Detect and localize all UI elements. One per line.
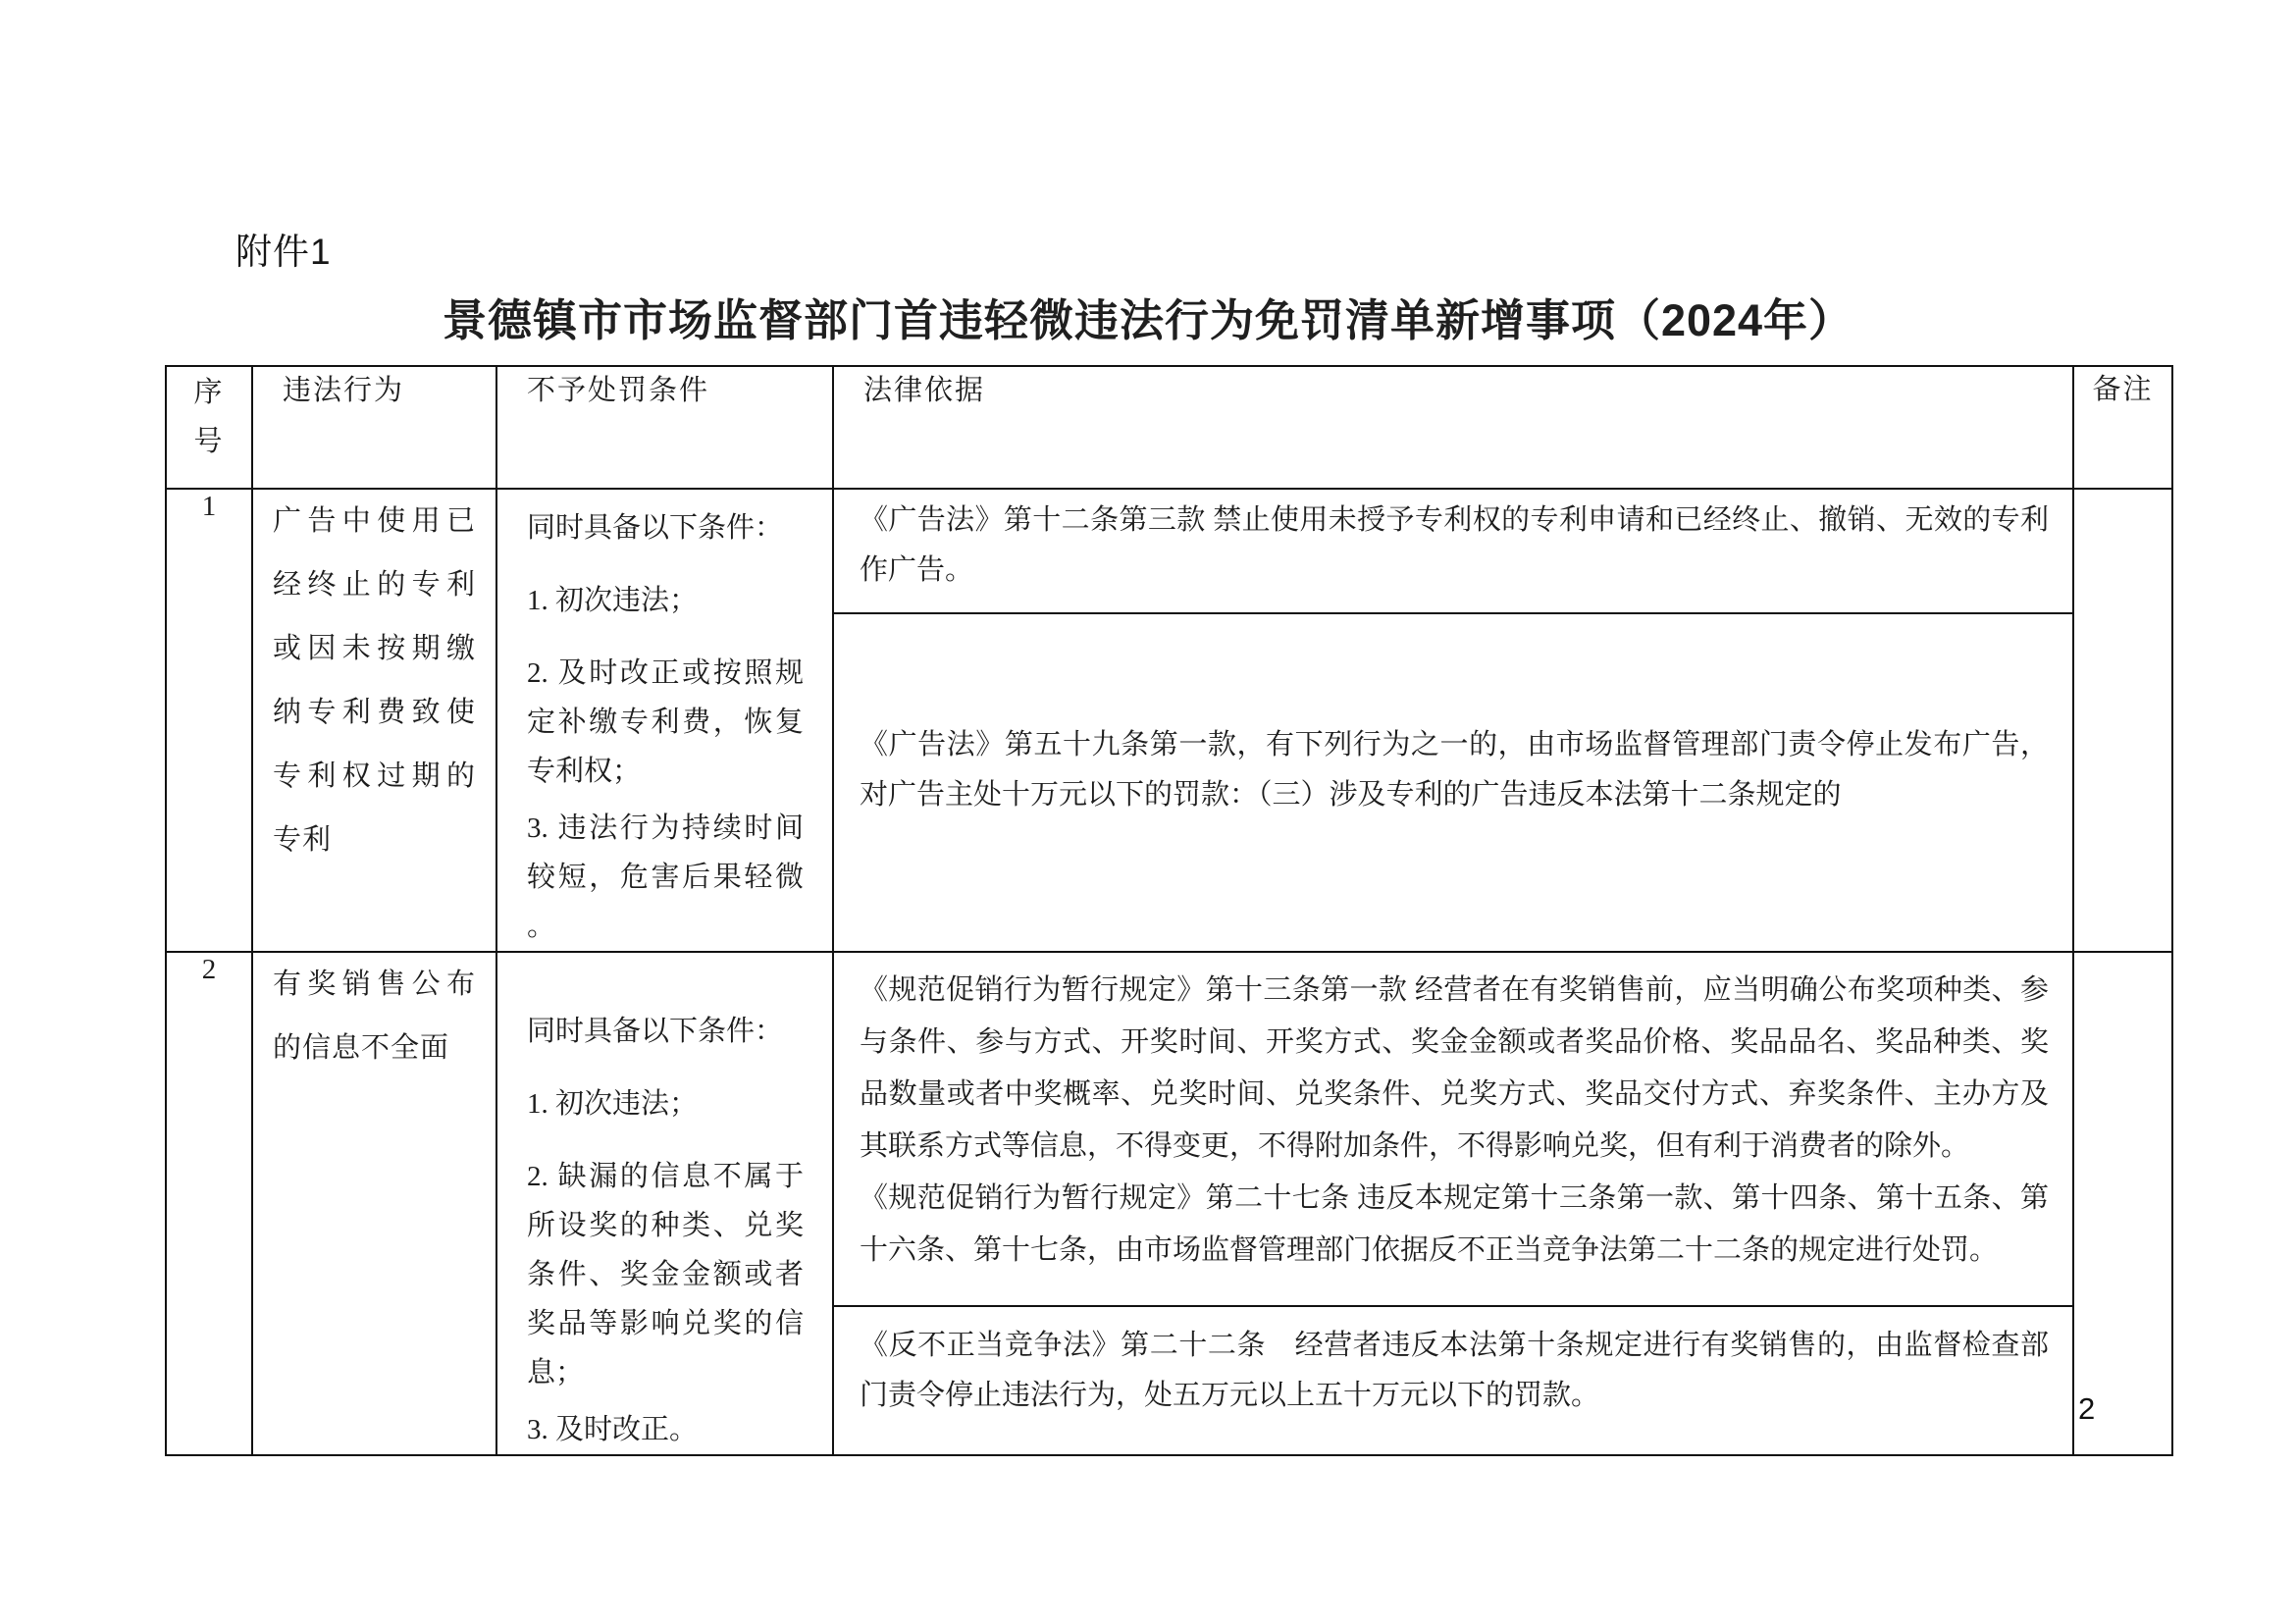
condition-item: 1. 初次违法；: [527, 576, 804, 625]
cell-legal-basis-1-bottom: 《广告法》第五十九条第一款，有下列行为之一的，由市场监督管理部门责令停止发布广告…: [833, 613, 2073, 952]
cell-conditions-1: 同时具备以下条件： 1. 初次违法； 2. 及时改正或按照规定补缴专利费，恢复专…: [496, 489, 833, 952]
document-title: 景德镇市市场监督部门首违轻微违法行为免罚清单新增事项（2024年）: [0, 285, 2296, 348]
condition-item: 3. 违法行为持续时间较短，危害后果轻微。: [527, 804, 804, 951]
page-number: 2: [2078, 1391, 2095, 1427]
cell-index-2: 2: [166, 952, 252, 1455]
table-row-2: 2 有奖销售公布的信息不全面 同时具备以下条件： 1. 初次违法； 2. 缺漏的…: [166, 952, 2172, 1306]
cell-index-1: 1: [166, 489, 252, 952]
condition-item: 1. 初次违法；: [527, 1079, 804, 1128]
table-row-1: 1 广告中使用已经终止的专利或因未按期缴纳专利费致使专利权过期的专利 同时具备以…: [166, 489, 2172, 613]
conditions-title: 同时具备以下条件：: [527, 1007, 804, 1056]
cell-conditions-2: 同时具备以下条件： 1. 初次违法； 2. 缺漏的信息不属于所设奖的种类、兑奖条…: [496, 952, 833, 1455]
cell-violation-1: 广告中使用已经终止的专利或因未按期缴纳专利费致使专利权过期的专利: [252, 489, 496, 952]
legal-text: 《反不正当竞争法》第二十二条 经营者违反本法第十条规定进行有奖销售的，由监督检查…: [860, 1321, 2049, 1421]
document-page: 附件1 景德镇市市场监督部门首违轻微违法行为免罚清单新增事项（2024年） 序号…: [0, 0, 2296, 1624]
condition-item: 3. 及时改正。: [527, 1405, 804, 1454]
conditions-title: 同时具备以下条件：: [527, 503, 804, 552]
legal-text: 《广告法》第五十九条第一款，有下列行为之一的，由市场监督管理部门责令停止发布广告…: [860, 720, 2049, 820]
cell-legal-basis-2-bottom: 《反不正当竞争法》第二十二条 经营者违反本法第十条规定进行有奖销售的，由监督检查…: [833, 1306, 2073, 1455]
attachment-label: 附件1: [235, 222, 332, 275]
column-header-conditions: 不予处罚条件: [496, 366, 833, 489]
condition-item: 2. 缺漏的信息不属于所设奖的种类、兑奖条件、奖金金额或者奖品等影响兑奖的信息；: [527, 1152, 804, 1397]
exemption-list-table: 序号 违法行为 不予处罚条件 法律依据 备注 1 广告中使用已经终止的专利或因未…: [165, 365, 2173, 1456]
column-header-remarks: 备注: [2073, 366, 2172, 489]
legal-text: 《规范促销行为暂行规定》第十三条第一款 经营者在有奖销售前，应当明确公布奖项种类…: [860, 965, 2049, 1173]
column-header-index: 序号: [166, 366, 252, 489]
cell-violation-2: 有奖销售公布的信息不全面: [252, 952, 496, 1455]
column-header-violation: 违法行为: [252, 366, 496, 489]
legal-text: 《广告法》第十二条第三款 禁止使用未授予专利权的专利申请和已经终止、撤销、无效的…: [860, 496, 2049, 596]
cell-remarks-1: [2073, 489, 2172, 952]
cell-legal-basis-2-top: 《规范促销行为暂行规定》第十三条第一款 经营者在有奖销售前，应当明确公布奖项种类…: [833, 952, 2073, 1306]
condition-item: 2. 及时改正或按照规定补缴专利费，恢复专利权；: [527, 649, 804, 796]
column-header-legal-basis: 法律依据: [833, 366, 2073, 489]
table-header-row: 序号 违法行为 不予处罚条件 法律依据 备注: [166, 366, 2172, 489]
cell-legal-basis-1-top: 《广告法》第十二条第三款 禁止使用未授予专利权的专利申请和已经终止、撤销、无效的…: [833, 489, 2073, 613]
cell-remarks-2: [2073, 952, 2172, 1455]
legal-text: 《规范促销行为暂行规定》第二十七条 违反本规定第十三条第一款、第十四条、第十五条…: [860, 1173, 2049, 1277]
